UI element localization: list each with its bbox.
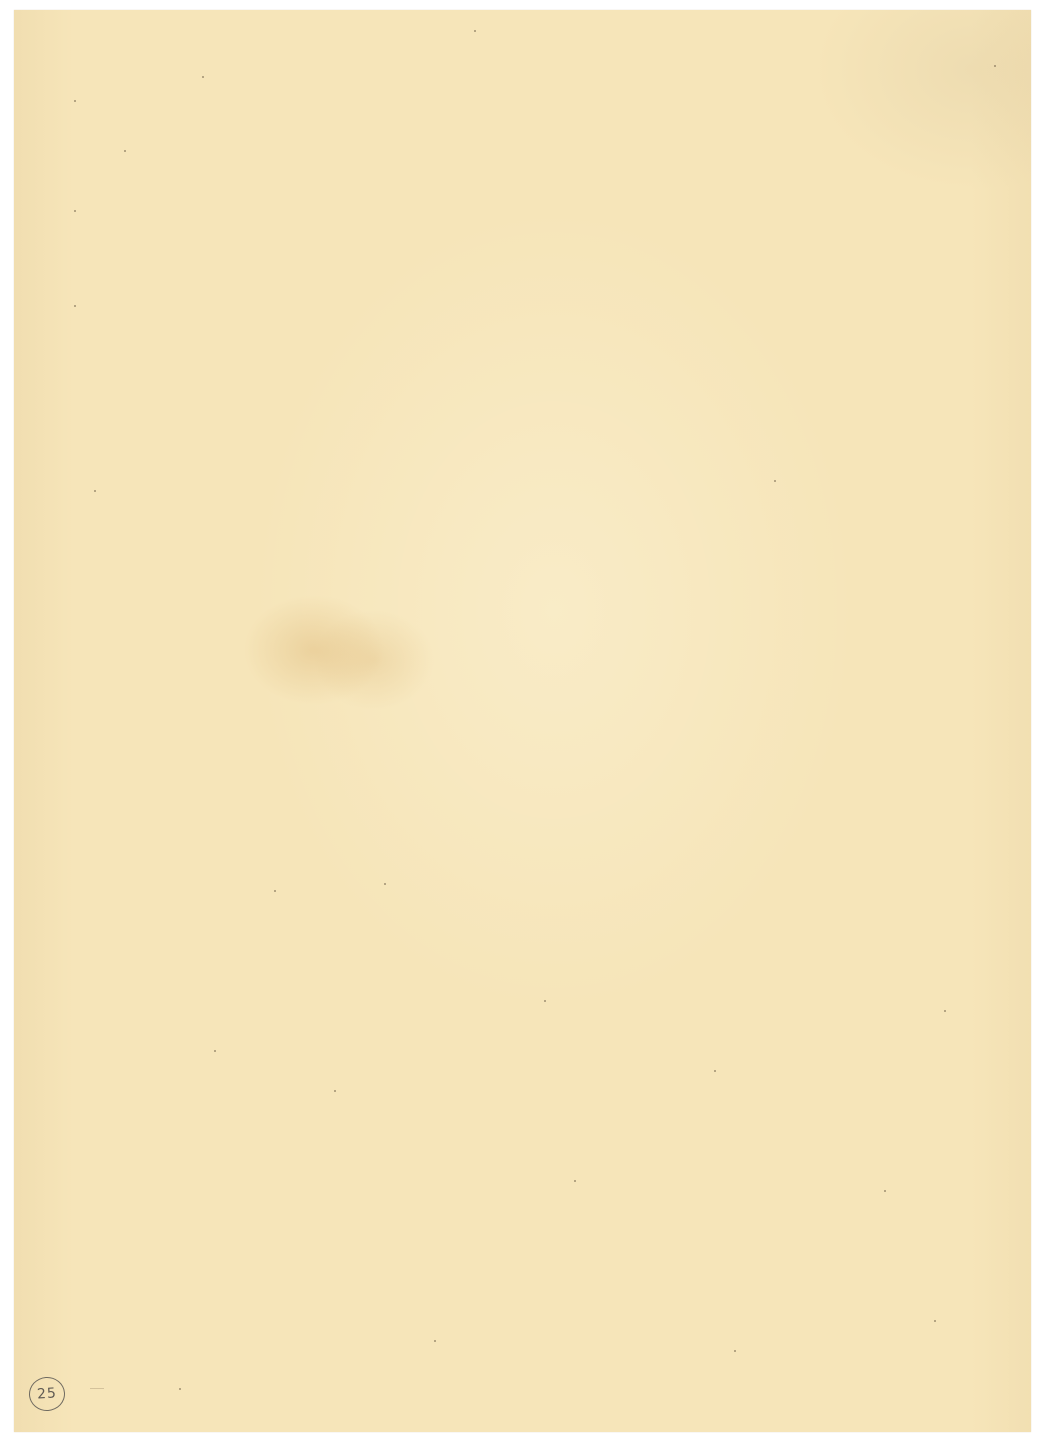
pencil-mark — [90, 1388, 104, 1389]
paper-speck — [774, 480, 776, 482]
paper-speck — [884, 1190, 886, 1192]
paper-speck — [124, 150, 126, 152]
paper-speck — [474, 30, 476, 32]
scan-canvas: 25 — [0, 0, 1050, 1452]
paper-speck — [544, 1000, 546, 1002]
paper-speck — [384, 883, 386, 885]
paper-speck — [714, 1070, 716, 1072]
paper-speck — [334, 1090, 336, 1092]
paper-speck — [74, 100, 76, 102]
paper-speck — [179, 1388, 181, 1390]
paper-speck — [274, 890, 276, 892]
paper-sheet — [14, 10, 1031, 1432]
paper-speck — [202, 76, 204, 78]
paper-speck — [934, 1320, 936, 1322]
page-number-text: 25 — [37, 1385, 58, 1402]
paper-speck — [734, 1350, 736, 1352]
paper-speck — [994, 65, 996, 67]
paper-speck — [944, 1010, 946, 1012]
paper-speck — [94, 490, 96, 492]
paper-speck — [574, 1180, 576, 1182]
paper-speck — [74, 305, 76, 307]
paper-speck — [74, 210, 76, 212]
paper-speck — [434, 1340, 436, 1342]
paper-speck — [214, 1050, 216, 1052]
